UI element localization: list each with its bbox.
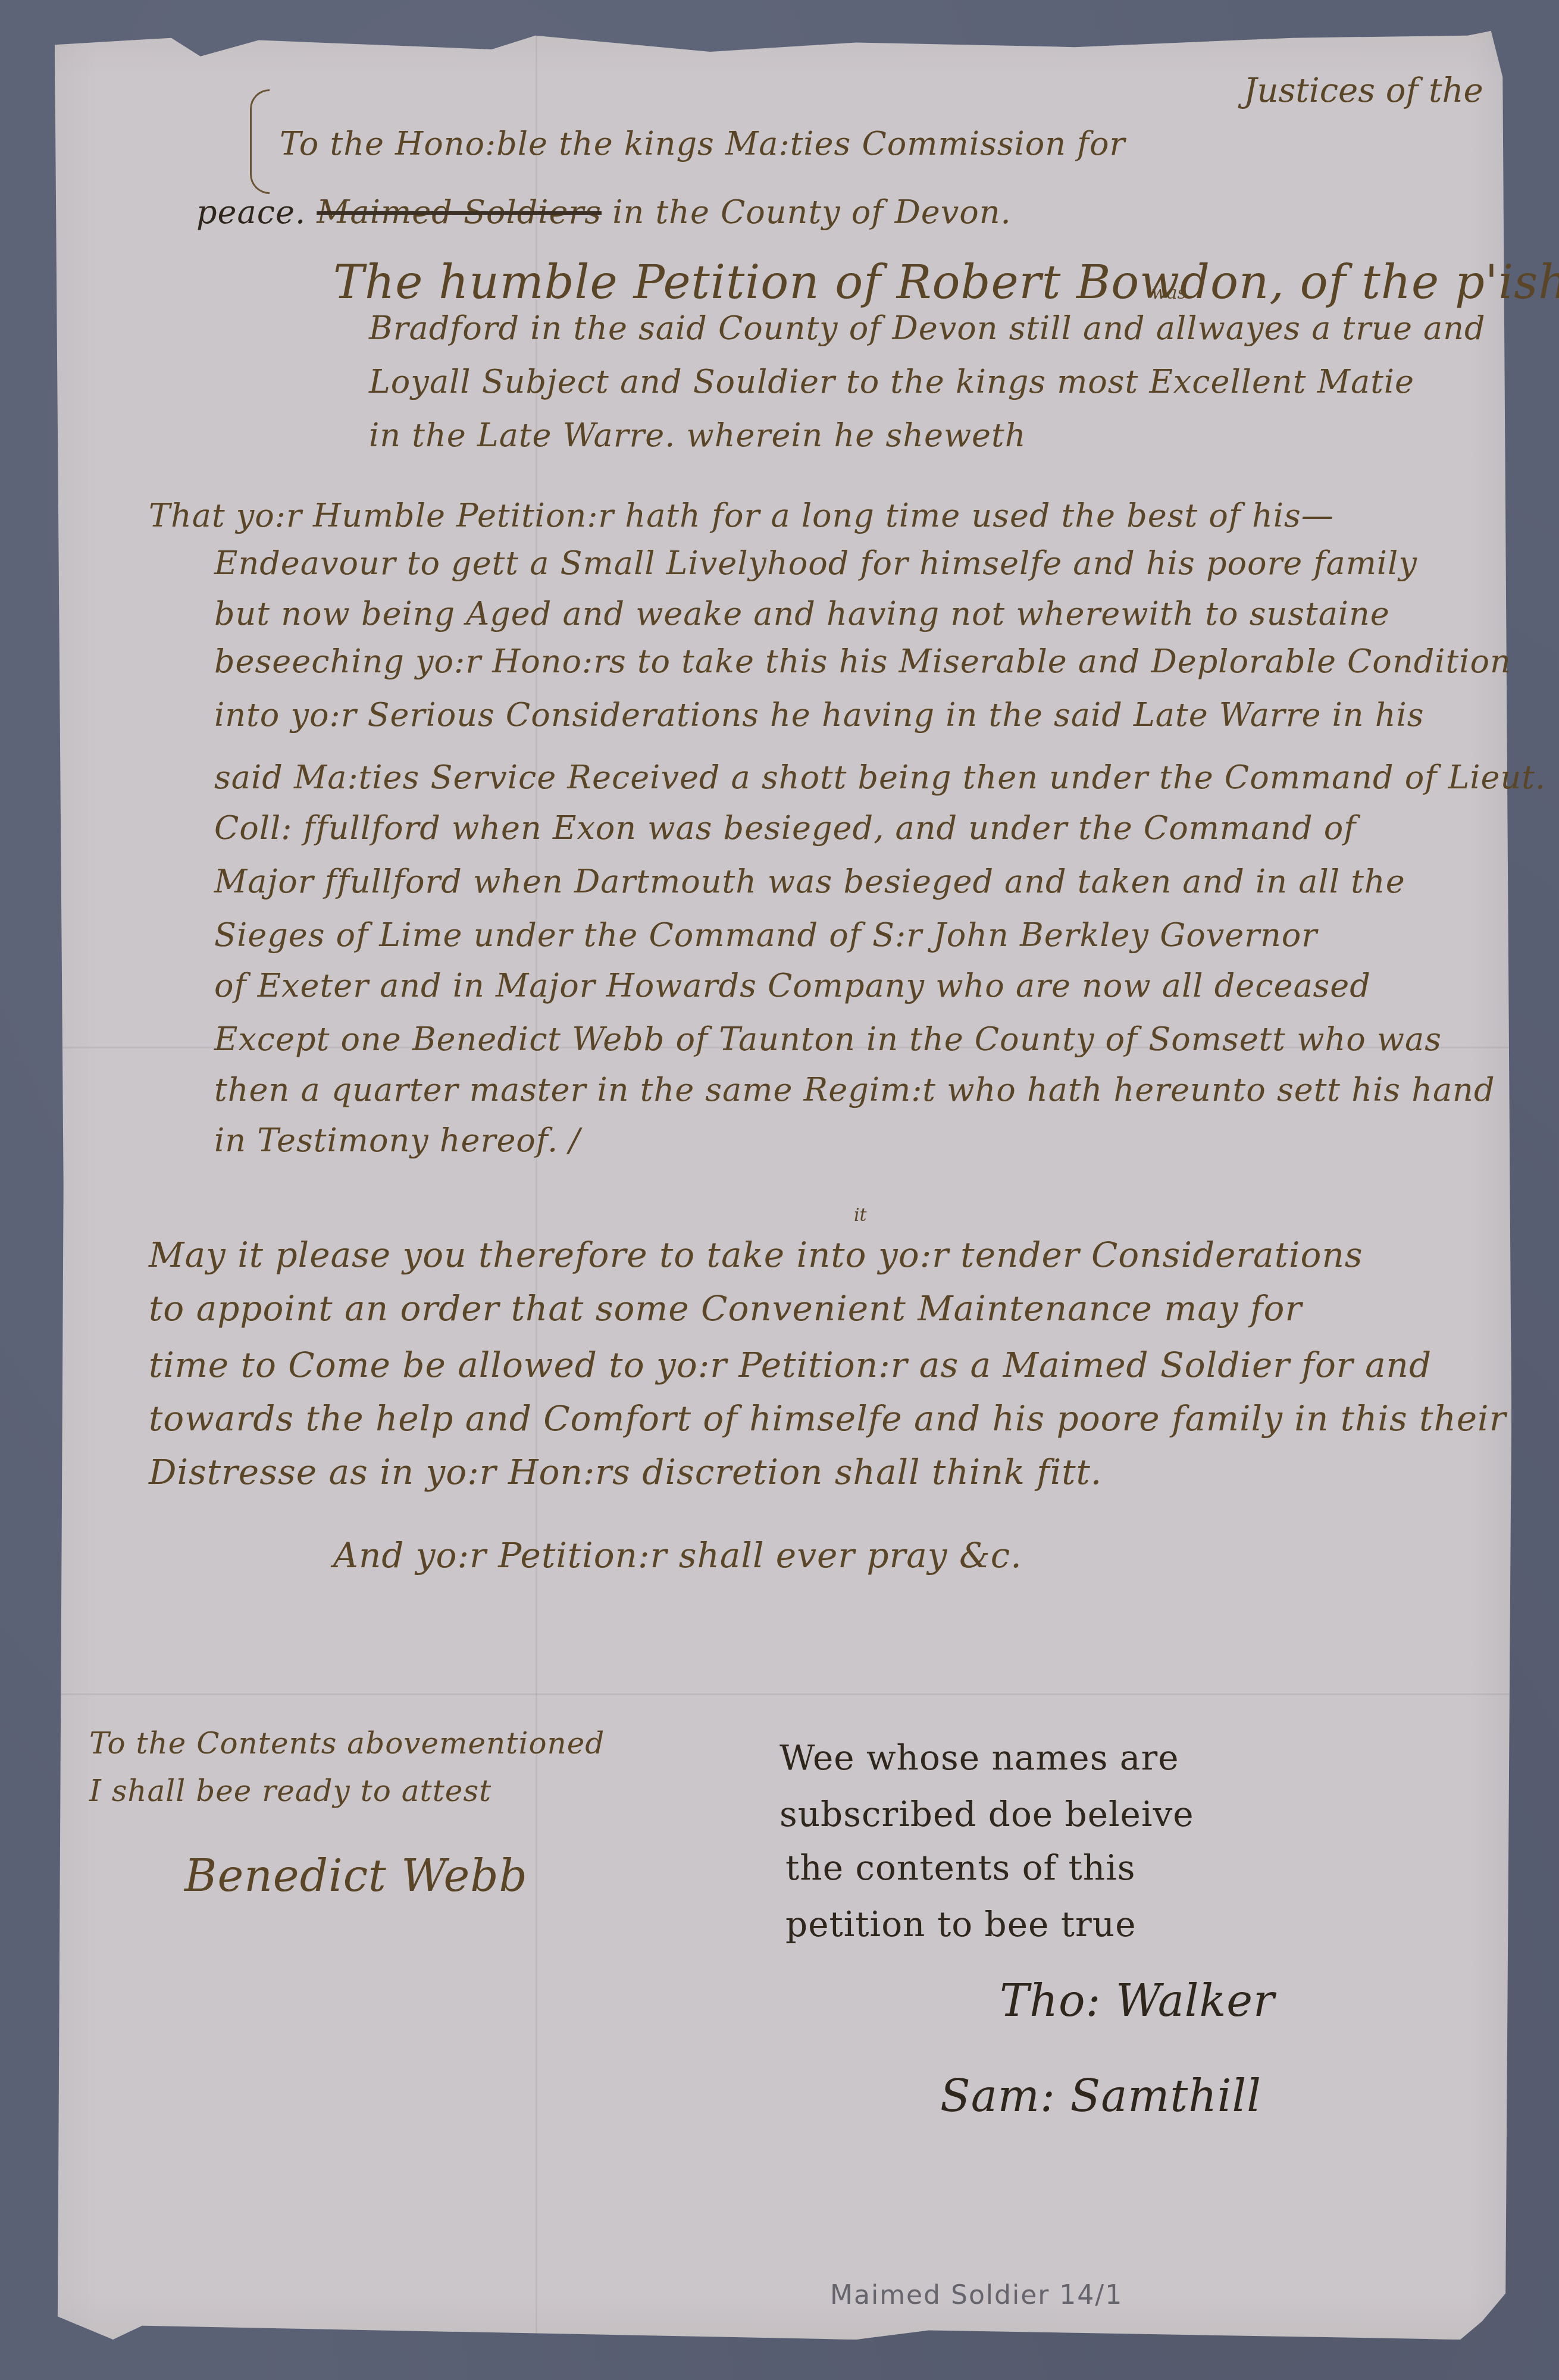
body-line: said Ma:ties Service Received a shott be… [214,762,1546,794]
body-line: Endeavour to gett a Small Livelyhood for… [214,547,1417,580]
signature-sam-samthill: Sam: Samthill [940,2071,1261,2122]
attestation-right-line: petition to bee true [785,1907,1136,1941]
address-bracket [250,89,270,194]
body-line: of Exeter and in Major Howards Company w… [214,970,1371,1002]
prayer-line: time to Come be allowed to yo:r Petition… [149,1348,1432,1382]
address-text: To the Hono:ble the kings Ma:ties Commis… [280,125,1125,162]
prayer-superscript: it [854,1205,867,1226]
body-line: then a quarter master in the same Regim:… [214,1074,1495,1106]
body-line: in Testimony hereof. / [214,1125,580,1157]
prayer-line: May it please you therefore to take into… [149,1238,1363,1272]
body-line: Major ffullford when Dartmouth was besie… [214,866,1405,898]
petition-title-line: The humble Petition of Robert Bowdon, of… [333,256,1559,309]
body-line: That yo:r Humble Petition:r hath for a l… [149,500,1334,532]
interlined-was: was [1151,283,1187,303]
intro-line: in the Late Warre. wherein he sheweth [369,419,1026,452]
attestation-right-line: the contents of this [785,1850,1135,1885]
body-line: Sieges of Lime under the Command of S:r … [214,919,1317,951]
prayer-line: Distresse as in yo:r Hon:rs discretion s… [149,1455,1102,1489]
attestation-left-line: To the Contents abovementioned [89,1728,605,1758]
intro-line: Loyall Subject and Souldier to the kings… [369,366,1414,398]
address-line-1: To the Hono:ble the kings Ma:ties Commis… [280,128,1125,160]
struck-text: Maimed Soldiers [317,193,602,231]
fold-crease [55,1693,1511,1695]
attestation-right-line: Wee whose names are [779,1740,1179,1775]
signature-tho-walker: Tho: Walker [1000,1975,1275,2027]
interlined-insertion: Justices of the [1244,71,1483,110]
body-line: into yo:r Serious Considerations he havi… [214,699,1425,731]
body-line: Coll: ffullford when Exon was besieged, … [214,812,1356,844]
address-county: in the County of Devon. [612,193,1011,231]
signature-benedict-webb: Benedict Webb [184,1850,528,1902]
attestation-left-line: I shall bee ready to attest [89,1776,492,1806]
body-line: beseeching yo:r Hono:rs to take this his… [214,646,1511,678]
body-line: but now being Aged and weake and having … [214,598,1390,630]
closing-line: And yo:r Petition:r shall ever pray &c. [333,1538,1022,1573]
prayer-line: towards the help and Comfort of himselfe… [149,1401,1506,1436]
intro-line: Bradford in the said County of Devon sti… [369,312,1486,345]
address-peace: peace. [196,193,306,231]
body-line: Except one Benedict Webb of Taunton in t… [214,1023,1442,1056]
attestation-right-line: subscribed doe beleive [779,1797,1194,1831]
prayer-line: to appoint an order that some Convenient… [149,1291,1302,1326]
address-line-2: peace. Maimed Soldiers in the County of … [196,196,1012,228]
archive-pencil-note: Maimed Soldier 14/1 [830,2280,1123,2310]
